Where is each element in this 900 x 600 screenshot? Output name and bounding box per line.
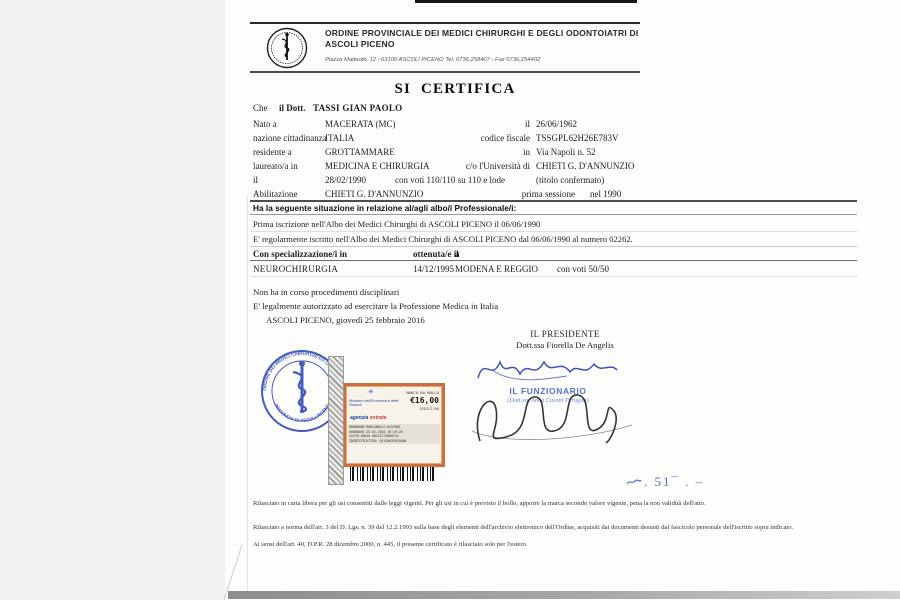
field-mid-label: in (420, 147, 530, 157)
stamp-amount-words: SEDICI/00 (420, 407, 439, 411)
section-rule (250, 200, 857, 202)
field-value: 28/02/1990 (325, 175, 366, 185)
field-mid-label: c/o l'Università di (420, 161, 530, 171)
field-row-residence: residente a GROTTAMMARE in Via Napoli n.… (0, 147, 900, 159)
ink-squiggle-icon (626, 477, 642, 487)
stamp-dot-matrix: 00000000 MARCABOLLO W157001 00000045 25-… (348, 424, 440, 444)
specialization-table-row: NEUROCHIRURGIA 14/12/1995 MODENA E REGGI… (0, 264, 900, 276)
table-rule (250, 276, 857, 277)
field-value: ITALIA (325, 133, 354, 143)
place-and-date: ASCOLI PICENO, giovedì 25 febbraio 2016 (266, 315, 425, 325)
albo-section-heading: Ha la seguente situazione in relazione a… (253, 203, 516, 213)
albo-current-registration: E' regolarmente iscritto nell'Albo dei M… (253, 234, 633, 244)
spec-date: 14/12/1995 (413, 264, 454, 274)
spec-col-date: ottenuta/e il (413, 249, 459, 259)
scan-left-margin (0, 0, 225, 600)
field-row-degree-date: il 28/02/1990 con voti 110/110 su 110 e … (0, 175, 900, 187)
field-mid-label: prima sessione (420, 189, 575, 199)
table-rule (250, 260, 857, 261)
official-signature-ink (462, 381, 642, 454)
president-title: IL PRESIDENTE (460, 329, 670, 339)
spec-votes: con voti 50/50 (557, 264, 609, 274)
revenue-stamp: ✳ Ministero dell'Economia e delle Finanz… (343, 383, 445, 467)
field-right-value: Via Napoli n. 52 (536, 147, 595, 157)
field-label: nazione cittadinanza (253, 133, 327, 143)
subject-line: Che il Dott. TASSI GIAN PAOLO (0, 103, 900, 115)
field-row-birth: Nato a MACERATA (MC) il 26/06/1962 (0, 119, 900, 131)
row-rule (250, 246, 857, 247)
section-rule (250, 214, 857, 215)
spec-name: NEUROCHIRURGIA (253, 264, 338, 274)
field-label: Abilitazione (253, 189, 298, 199)
scan-artifact-top-bar (415, 0, 637, 3)
order-seal-icon (266, 27, 308, 69)
president-name: Dott.ssa Fiorella De Angelis (460, 340, 670, 350)
field-mid-label: codice fiscale (420, 133, 530, 143)
organization-address: Piazza Matteotti, 12 - 63100 ASCOLI PICE… (325, 57, 645, 63)
stamp-amount: €16,00 (410, 396, 439, 405)
subject-che: Che (253, 103, 268, 113)
subject-label: il Dott. (279, 103, 306, 113)
field-value: GROTTAMMARE (325, 147, 395, 157)
field-value: CHIETI G. D'ANNUNZIO (325, 189, 423, 199)
italy-emblem-icon: ✳ (368, 388, 374, 396)
field-right-value: nel 1990 (590, 189, 621, 199)
letterhead-bottom-rule (250, 71, 640, 73)
statement-authorization: E' legalmente autorizzato ad esercitare … (253, 301, 498, 311)
field-right-value: CHIETI G. D'ANNUNZIO (536, 161, 634, 171)
ministry-label: Ministero dell'Economia e delle Finanze (349, 399, 401, 407)
field-row-degree: laureato/a in MEDICINA E CHIRURGIA c/o l… (0, 161, 900, 173)
scanned-certificate-page: ORDINE PROVINCIALE DEI MEDICI CHIRURGHI … (0, 0, 900, 600)
footnote-3: Ai sensi dell'art. 40, D.P.R. 28 dicembr… (253, 541, 853, 549)
field-right-value: TSSGPL62H26E783V (536, 133, 619, 143)
agency-word: agenzia (350, 415, 368, 421)
field-label: residente a (253, 147, 292, 157)
field-right-value: (titolo confermato) (536, 175, 604, 185)
president-signature-block: IL PRESIDENTE Dott.ssa Fiorella De Angel… (460, 329, 670, 350)
row-rule (250, 231, 857, 232)
statement-disciplinary: Non ha in corso procedimenti disciplinar… (253, 287, 399, 297)
field-value: MACERATA (MC) (325, 119, 396, 129)
blue-ink-text: . 51¯ . – (644, 474, 704, 490)
spec-col-place: a (455, 249, 460, 259)
spec-col-name: Con specializzazione/i in (253, 249, 347, 259)
field-label: il (253, 175, 258, 185)
certificate-title: SI CERTIFICA (330, 81, 580, 98)
spec-place: MODENA E REGGIO (455, 264, 538, 274)
footnote-1: Rilasciato in carta libera per gli usi c… (253, 500, 853, 508)
field-label: laureato/a in (253, 161, 298, 171)
scan-artifact-bottom-bar (228, 591, 900, 599)
organization-name: ORDINE PROVINCIALE DEI MEDICI CHIRURGHI … (325, 28, 645, 50)
agency-logo-text: agenzia entrate (350, 415, 386, 421)
field-right-value: 26/06/1962 (536, 119, 577, 129)
field-row-citizenship: nazione cittadinanza ITALIA codice fisca… (0, 133, 900, 145)
albo-first-registration: Prima iscrizione nell'Albo dei Medici Ch… (253, 219, 540, 229)
barcode (350, 466, 436, 481)
field-label: Nato a (253, 119, 277, 129)
blue-ink-annotation: . 51¯ . – (626, 474, 704, 490)
marca-da-bollo-label: MARCA DA BOLLO (406, 390, 439, 395)
dot-line: IDENTIFICATIVO: 01150635576400 (349, 439, 439, 444)
field-value: MEDICINA E CHIRURGIA (325, 161, 430, 171)
security-strip (328, 356, 344, 485)
subject-name: TASSI GIAN PAOLO (313, 103, 402, 113)
field-value-extra: con voti 110/110 su 110 e lode (395, 175, 505, 185)
footnote-2: Rilasciato a norma dell'art. 3 del D. Lg… (253, 524, 853, 532)
agency-word2: entrate (370, 415, 387, 421)
letterhead-top-rule (250, 22, 640, 24)
field-mid-label: il (420, 119, 530, 129)
